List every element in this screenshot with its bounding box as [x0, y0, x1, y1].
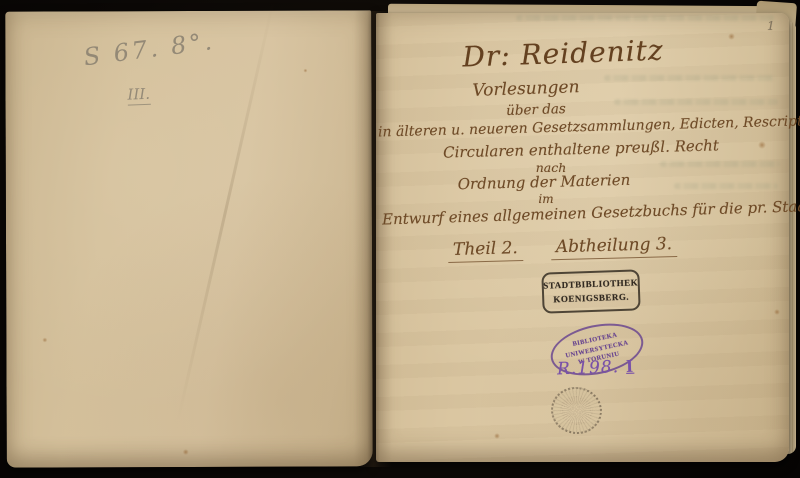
- manuscript-photo: S 67. 8°. III. 1 Dr: Reidenitz Vorlesung…: [0, 0, 800, 478]
- foxing-spot: [494, 433, 500, 439]
- inscription-line: über das: [471, 100, 601, 121]
- foxing-spot: [774, 309, 780, 315]
- foxing-spot: [758, 141, 766, 149]
- right-page: 1 Dr: Reidenitz Vorlesungen über das in …: [376, 13, 789, 462]
- inscription-line: Circularen enthaltene preußl. Recht: [431, 136, 731, 162]
- bleedthrough-streak: [674, 183, 778, 189]
- bleedthrough-streak: [660, 161, 780, 167]
- part-section-line: Theil 2. Abtheilung 3.: [448, 234, 678, 263]
- shelfmark-roman-numeral: I: [626, 356, 635, 376]
- foxing-spot: [303, 69, 307, 73]
- section-label: Abtheilung 3.: [551, 234, 678, 260]
- inscription-line: Vorlesungen: [431, 76, 622, 103]
- left-page: S 67. 8°. III.: [5, 10, 373, 467]
- bleedthrough-streak: [604, 75, 776, 81]
- author-title-line: Dr: Reidenitz: [438, 33, 689, 75]
- paper-crease: [176, 2, 274, 422]
- bleedthrough-streak: [516, 15, 774, 21]
- pencil-shelfmark: S 67. 8°.: [82, 27, 216, 71]
- page-number: 1: [767, 19, 775, 33]
- inscription-line: Ordnung der Materien: [444, 170, 644, 193]
- purple-shelfmark-handwriting: R.198.I: [557, 356, 635, 380]
- part-label: Theil 2.: [448, 238, 523, 263]
- bleedthrough-streak: [614, 99, 778, 105]
- round-library-stamp: [548, 384, 605, 438]
- pencil-volume-numeral: III.: [127, 85, 150, 106]
- foxing-spot: [183, 449, 189, 455]
- stadtbibliothek-koenigsberg-stamp: STADTBIBLIOTHEK KOENIGSBERG.: [541, 269, 640, 313]
- foxing-spot: [728, 33, 735, 40]
- shelfmark-text: R.198.: [557, 357, 620, 379]
- foxing-spot: [42, 337, 47, 342]
- stamp-line: KOENIGSBERG.: [553, 290, 629, 307]
- inscription-line: in älteren u. neueren Gesetzsammlungen, …: [378, 114, 798, 141]
